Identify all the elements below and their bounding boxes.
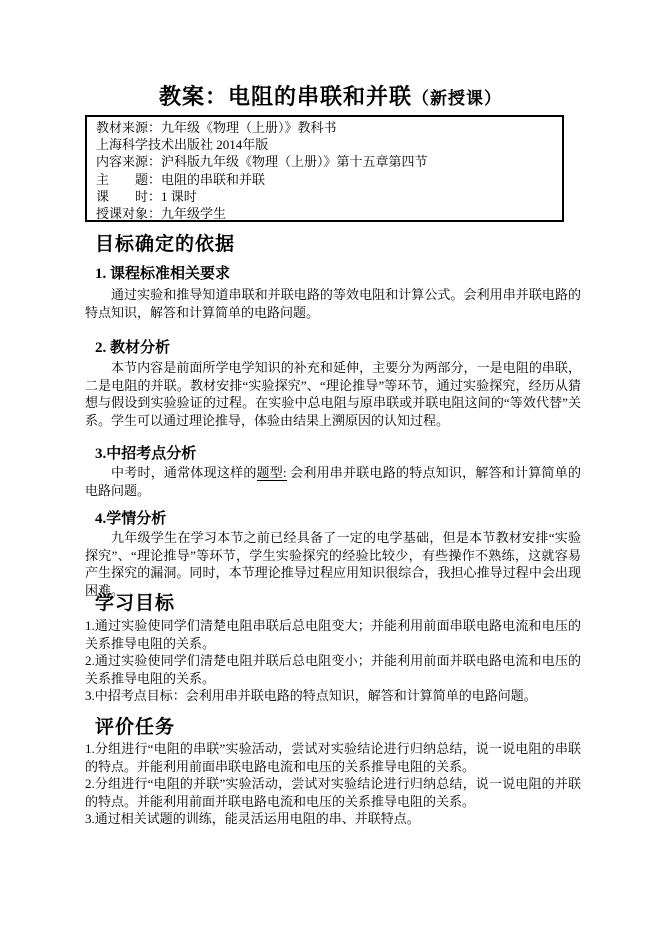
learning-goal-item: 1.通过实验使同学们清楚电阻串联后总电阻变大；并能利用前面串联电路电流和电压的关… [85,617,581,652]
paragraph-exam-point-analysis: 中考时，通常体现这样的题型: 会利用串并联电路的特点知识，解答和计算简单的电路问… [85,464,581,499]
learning-goal-item: 3.中招考点目标：会利用串并联电路的特点知识，解答和计算简单的电路问题。 [85,687,581,705]
subheading-curriculum-standard: 1. 课程标准相关要求 [95,262,230,283]
subheading-learner-analysis: 4.学情分析 [95,507,166,528]
document-title-main: 教案：电阻的串联和并联 [159,84,412,109]
evaluation-task-item: 2.分组进行“电阻的并联”实验活动，尝试对实验结论进行归纳总结，说一说电阻的并联… [85,775,581,810]
heading-evaluation-tasks: 评价任务 [95,712,175,739]
evaluation-tasks-list: 1.分组进行“电阻的串联”实验活动，尝试对实验结论进行归纳总结，说一说电阻的串联… [85,740,581,828]
evaluation-task-item: 3.通过相关试题的训练，能灵活运用电阻的串、并联特点。 [85,810,581,828]
heading-learning-goals: 学习目标 [95,588,175,615]
paragraph-textbook-analysis: 本节内容是前面所学电学知识的补充和延伸，主要分为两部分，一是电阻的串联，二是电阻… [85,359,581,429]
info-topic: 主 题：电阻的串联和并联 [96,171,554,188]
heading-basis: 目标确定的依据 [95,229,235,256]
document-page: 教案：电阻的串联和并联（新授课） 教材来源：九年级《物理（上册）》教科书 上海科… [0,0,661,935]
subheading-textbook-analysis: 2. 教材分析 [95,336,170,357]
info-publisher: 上海科学技术出版社 2014年版 [96,136,554,153]
learning-goals-list: 1.通过实验使同学们清楚电阻串联后总电阻变大；并能利用前面串联电路电流和电压的关… [85,617,581,705]
info-audience: 授课对象：九年级学生 [96,205,554,222]
exam-point-term-underlined: 题型: [257,465,287,481]
learning-goal-item: 2.通过实验使同学们清楚电阻并联后总电阻变小；并能利用前面并联电路电流和电压的关… [85,652,581,687]
info-content-source: 内容来源：沪科版九年级《物理（上册）》第十五章第四节 [96,153,554,170]
info-class-hours: 课 时：1 课时 [96,188,554,205]
evaluation-task-item: 1.分组进行“电阻的串联”实验活动，尝试对实验结论进行归纳总结，说一说电阻的串联… [85,740,581,775]
info-material-source: 教材来源：九年级《物理（上册）》教科书 [96,119,554,136]
subheading-exam-point-analysis: 3.中招考点分析 [95,442,196,463]
document-title-suffix: （新授课） [412,89,502,108]
paragraph-curriculum-standard: 通过实验和推导知道串联和并联电路的等效电阻和计算公式。会利用串并联电路的特点知识… [85,286,581,321]
exam-point-text-pre: 中考时，通常体现这样的 [111,465,257,480]
lesson-info-box: 教材来源：九年级《物理（上册）》教科书 上海科学技术出版社 2014年版 内容来… [85,115,564,222]
document-title: 教案：电阻的串联和并联（新授课） [0,80,661,111]
